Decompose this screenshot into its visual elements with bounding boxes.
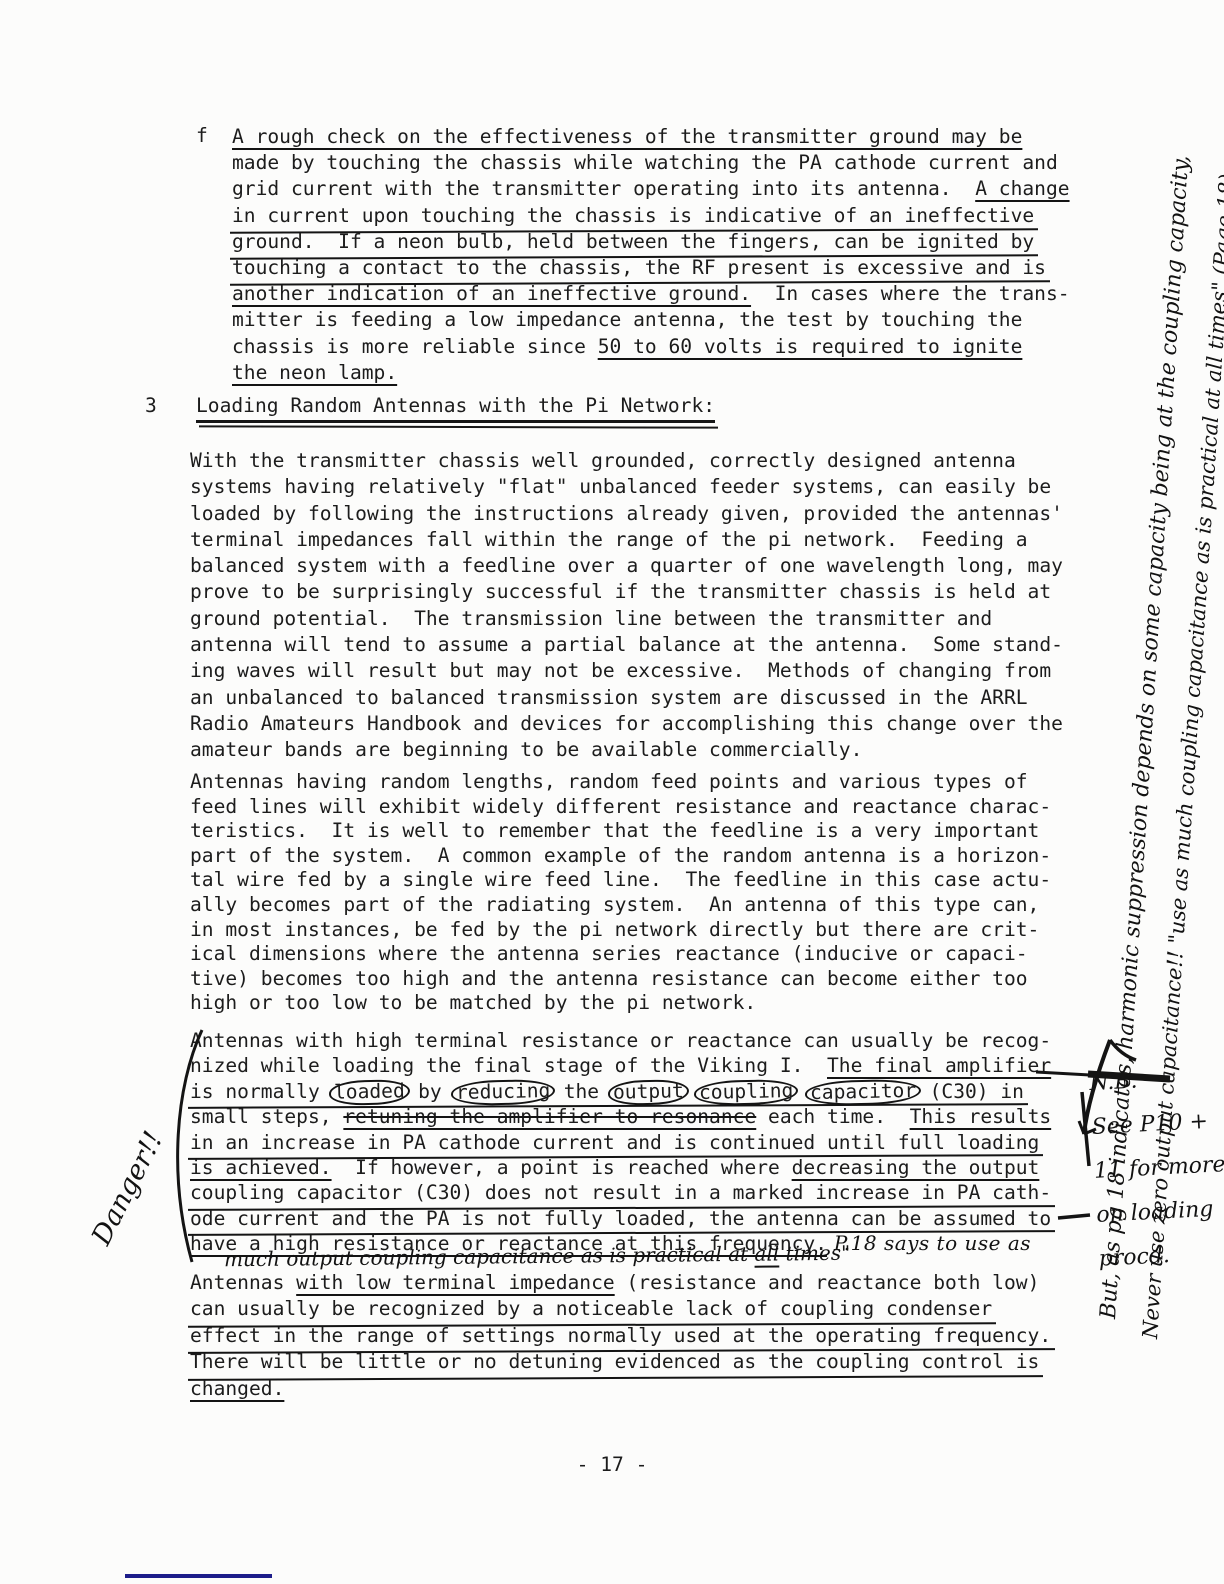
paragraph-random: Antennas having random lengths, random f… [190, 770, 1051, 1016]
typed-line: ical dimensions where the antenna series… [190, 942, 1028, 967]
typed-text: chassis is more reliable since [232, 335, 598, 358]
nb-line: procd. [1098, 1230, 1224, 1282]
nb-line: N.B. [1088, 1054, 1224, 1106]
handwritten-inline-note: P.18 says to use as [827, 1231, 1031, 1255]
typed-line: loaded by following the instructions alr… [190, 501, 1063, 527]
handwritten-text: much output coupling capacitance as is p… [224, 1242, 755, 1272]
typed-line: balanced system with a feedline over a q… [190, 553, 1063, 579]
typed-line-underlined: touching a contact to the chassis, the R… [232, 255, 1046, 281]
typed-text: the [552, 1080, 611, 1103]
section-heading: Loading Random Antennas with the Pi Netw… [196, 394, 715, 423]
margin-note-danger: Danger!! [86, 1126, 169, 1250]
typed-line: mitter is feeding a low impedance antenn… [232, 307, 1022, 333]
typed-line: an unbalanced to balanced transmission s… [190, 685, 1028, 711]
paragraph-low-impedance: Antennas with low terminal impedance (re… [190, 1270, 1051, 1402]
typed-line: teristics. It is well to remember that t… [190, 819, 1039, 844]
typed-line: terminal impedances fall within the rang… [190, 527, 1028, 553]
typed-text: by [406, 1080, 453, 1103]
typed-line: antenna will tend to assume a partial ba… [190, 632, 1063, 658]
typed-text: is normally [190, 1080, 332, 1103]
typed-line-underlined: coupling capacitor (C30) does not result… [190, 1180, 1051, 1205]
typed-line: systems having relatively "flat" unbalan… [190, 474, 1051, 500]
circled-word: output [608, 1079, 689, 1106]
typed-line-underlined: in an increase in PA cathode current and… [190, 1130, 1039, 1155]
typed-line: tal wire fed by a single wire feed line.… [190, 868, 1051, 893]
typed-line-underlined: ode current and the PA is not fully load… [190, 1206, 1051, 1231]
typed-text: In cases where the trans- [751, 282, 1070, 305]
bottom-blue-mark [125, 1574, 272, 1578]
typed-line: part of the system. A common example of … [190, 844, 1051, 869]
typed-line: feed lines will exhibit widely different… [190, 795, 1051, 820]
underlined-text: with low terminal impedance [296, 1271, 615, 1294]
handwritten-underlined-word: all [754, 1241, 779, 1265]
paragraph-ground-check: A rough check on the effectiveness of th… [232, 124, 1070, 386]
paragraph-high-impedance: Antennas with high terminal resistance o… [190, 1028, 1051, 1257]
handwritten-text: times" [779, 1241, 850, 1266]
typed-line: high or too low to be matched by the pi … [190, 991, 756, 1016]
circled-word: reducing [450, 1079, 555, 1106]
underlined-text: changed. [190, 1377, 284, 1400]
typed-line-underlined: ground. If a neon bulb, held between the… [232, 229, 1034, 255]
typed-line: tive) becomes too high and the antenna r… [190, 967, 1028, 992]
typed-text: nized while loading the final stage of t… [190, 1054, 827, 1077]
typed-line: With the transmitter chassis well ground… [190, 448, 1016, 474]
underlined-text: decreasing the output [792, 1156, 1040, 1179]
typed-text: Antennas [190, 1271, 296, 1294]
underlined-text: another indication of an ineffective gro… [232, 282, 751, 305]
typed-line: made by touching the chassis while watch… [232, 150, 1058, 176]
page-number: - 17 - [0, 1453, 1224, 1476]
typed-text: (resistance and reactance both low) [615, 1271, 1040, 1294]
circled-word: coupling [694, 1079, 799, 1106]
typed-line-underlined: in current upon touching the chassis is … [232, 203, 1034, 229]
typed-line-underlined: There will be little or no detuning evid… [190, 1349, 1039, 1375]
typed-line: Antennas with high terminal resistance o… [190, 1028, 1051, 1053]
underlined-text: is achieved. [190, 1156, 332, 1179]
typed-text: each time. [756, 1105, 909, 1128]
nb-line: on loading [1095, 1186, 1224, 1238]
struck-text: retuning the amplifier to resonance [343, 1105, 756, 1128]
typed-text: If however, a point is reached where [332, 1156, 792, 1179]
underlined-text: 50 to 60 volts is required to ignite [598, 335, 1023, 358]
typed-line: ing waves will result but may not be exc… [190, 658, 1051, 684]
typed-line-underlined: effect in the range of settings normally… [190, 1323, 1051, 1349]
typed-line: Radio Amateurs Handbook and devices for … [190, 711, 1063, 737]
nb-line: See P10 + [1091, 1098, 1224, 1150]
typed-line: ground potential. The transmission line … [190, 606, 992, 632]
typed-line: in most instances, be fed by the pi netw… [190, 918, 1039, 943]
typed-line: ally becomes part of the radiating syste… [190, 893, 1039, 918]
item-f-marker: f [196, 124, 208, 147]
circled-word: loaded [328, 1079, 409, 1106]
underlined-text: This results [910, 1105, 1052, 1128]
underlined-text: the neon lamp. [232, 361, 397, 384]
nb-dash [1058, 1215, 1090, 1218]
underlined-text: The final amplifier [827, 1054, 1051, 1077]
underlined-text: A rough check on the effectiveness of th… [232, 125, 1022, 148]
margin-note-nb: N.B. See P10 + 11 for more on loading pr… [1088, 1054, 1224, 1282]
right-tick-stroke [1082, 1092, 1089, 1166]
typed-line-underlined: can usually be recognized by a noticeabl… [190, 1296, 992, 1322]
typed-text: small steps, [190, 1105, 343, 1128]
typed-line: amateur bands are beginning to be availa… [190, 737, 862, 763]
handwritten-insert-line: much output coupling capacitance as is p… [224, 1241, 850, 1272]
paragraph-grounded: With the transmitter chassis well ground… [190, 448, 1063, 764]
typed-text: grid current with the transmitter operat… [232, 177, 975, 200]
circled-word: capacitor [804, 1079, 921, 1106]
scanned-document-page: f A rough check on the effectiveness of … [0, 0, 1224, 1584]
typed-text: (C30) in [918, 1080, 1024, 1103]
typed-line: prove to be surprisingly successful if t… [190, 579, 1051, 605]
section-number: 3 [145, 394, 157, 417]
underlined-text: A change [975, 177, 1069, 200]
nb-line: 11 for more [1093, 1142, 1224, 1194]
typed-line: Antennas having random lengths, random f… [190, 770, 1028, 795]
